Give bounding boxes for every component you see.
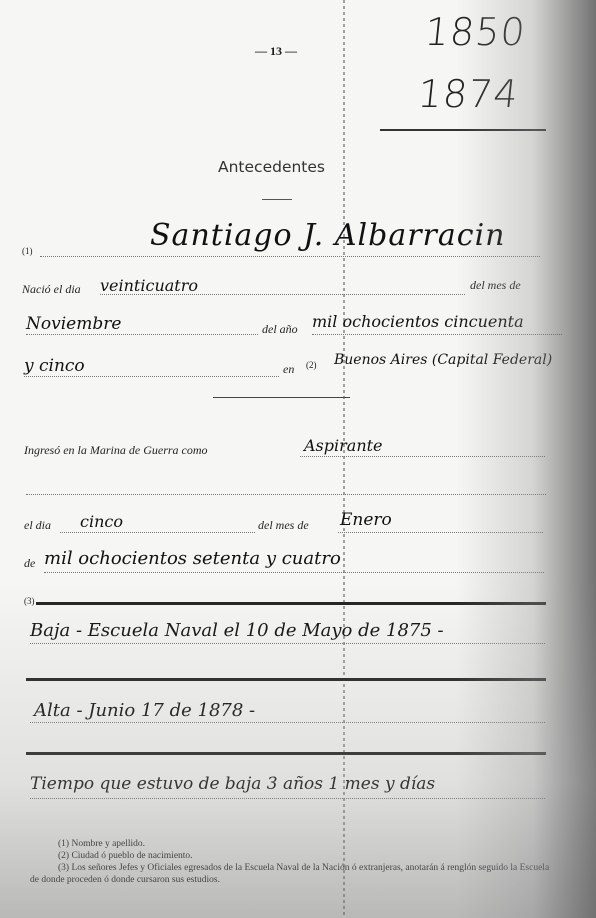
entry-year-value: mil ochocientos setenta y cuatro — [44, 548, 341, 569]
scan-shadow-right — [456, 0, 596, 918]
page-number: — 13 — — [255, 44, 297, 59]
notes-line-3: Tiempo que estuvo de baja 3 años 1 mes y… — [30, 774, 435, 794]
entry-day-label: el dia — [24, 518, 51, 533]
birth-day-line — [100, 294, 465, 295]
entry-day-line — [60, 532, 255, 533]
title-divider — [262, 199, 292, 200]
birth-place-footnote-marker: (2) — [306, 360, 317, 370]
notes-line-1-dots — [30, 643, 545, 644]
birth-year-value-continued: y cinco — [24, 356, 85, 376]
entry-rank-line — [300, 456, 545, 457]
notes-rule-3 — [26, 752, 546, 755]
entry-month-line — [338, 532, 543, 533]
birth-month-value: Noviembre — [26, 314, 121, 334]
footnote-1: (1) Nombre y apellido. — [30, 838, 550, 850]
annotation-year-entry: 1874 — [416, 72, 521, 116]
notes-line-3-dots — [30, 798, 545, 799]
notes-line-2: Alta - Junio 17 de 1878 - — [34, 700, 255, 721]
annotation-underline — [380, 129, 546, 131]
entry-extra-line — [26, 494, 546, 495]
footnote-3: (3) Los señores Jefes y Oficiales egresa… — [30, 862, 550, 886]
entry-rank-value: Aspirante — [304, 436, 383, 455]
entry-month-label: del mes de — [258, 518, 309, 533]
entry-day-value: cinco — [80, 512, 123, 531]
notes-line-2-dots — [30, 722, 545, 723]
entry-label: Ingresó en la Marina de Guerra como — [24, 443, 208, 458]
notes-footnote-marker: (3) — [24, 596, 35, 606]
birth-day-value: veinticuatro — [100, 276, 198, 295]
name-dotted-line — [40, 256, 540, 257]
entry-year-label: de — [24, 556, 35, 571]
section-divider — [213, 397, 350, 398]
footnote-2: (2) Ciudad ó pueblo de nacimiento. — [30, 850, 550, 862]
birth-place-value: Buenos Aires (Capital Federal) — [334, 352, 552, 368]
footnotes: (1) Nombre y apellido. (2) Ciudad ó pueb… — [30, 838, 550, 886]
name-footnote-marker: (1) — [22, 246, 33, 256]
birth-place-label: en — [283, 362, 294, 377]
birth-day-label: Nació el dia — [22, 282, 81, 297]
birth-year-label: del año — [262, 322, 298, 337]
page-title: Antecedentes — [218, 158, 325, 176]
birth-month-line — [26, 334, 258, 335]
birth-year-value: mil ochocientos cincuenta — [312, 312, 524, 331]
notes-rule-2 — [26, 678, 546, 681]
entry-month-value: Enero — [340, 510, 392, 530]
birth-year-line-continued — [24, 376, 279, 377]
notes-line-1: Baja - Escuela Naval el 10 de Mayo de 18… — [30, 620, 444, 641]
notes-top-rule — [36, 602, 546, 605]
name-value: Santiago J. Albarracin — [150, 218, 506, 253]
birth-month-label: del mes de — [470, 278, 521, 293]
entry-year-line — [44, 572, 544, 573]
birth-year-line — [312, 334, 562, 335]
annotation-year-birth: 1850 — [423, 10, 528, 54]
